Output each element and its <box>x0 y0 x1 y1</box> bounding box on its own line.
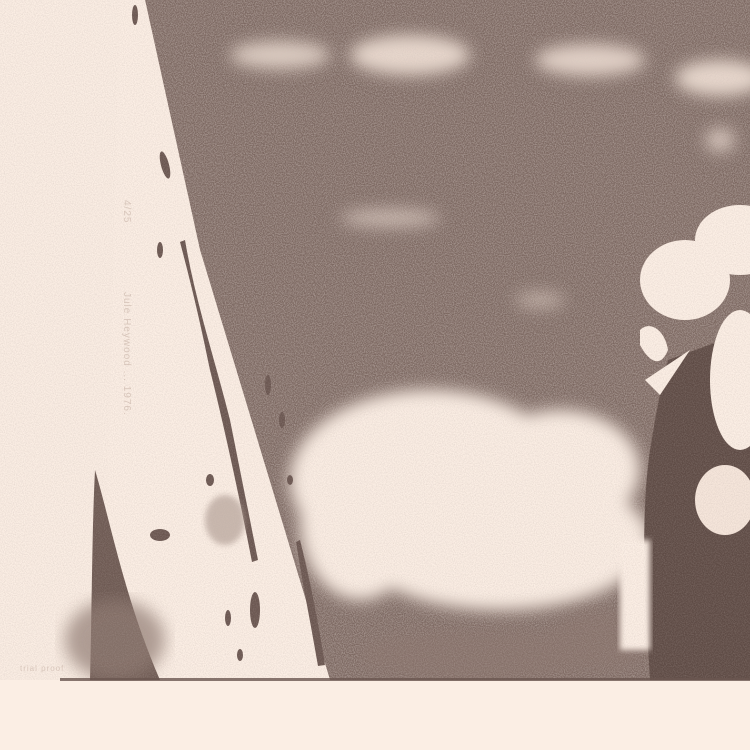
pencil-mark-bottom-left: trial proof <box>20 664 64 673</box>
bottom-margin <box>0 681 750 750</box>
pencil-mark-top: 4/25 <box>121 200 132 223</box>
print-bottom-edge <box>60 678 750 681</box>
pencil-inscription: Jule Heywood ... 1976. <box>121 292 132 416</box>
print-artwork <box>0 0 750 750</box>
